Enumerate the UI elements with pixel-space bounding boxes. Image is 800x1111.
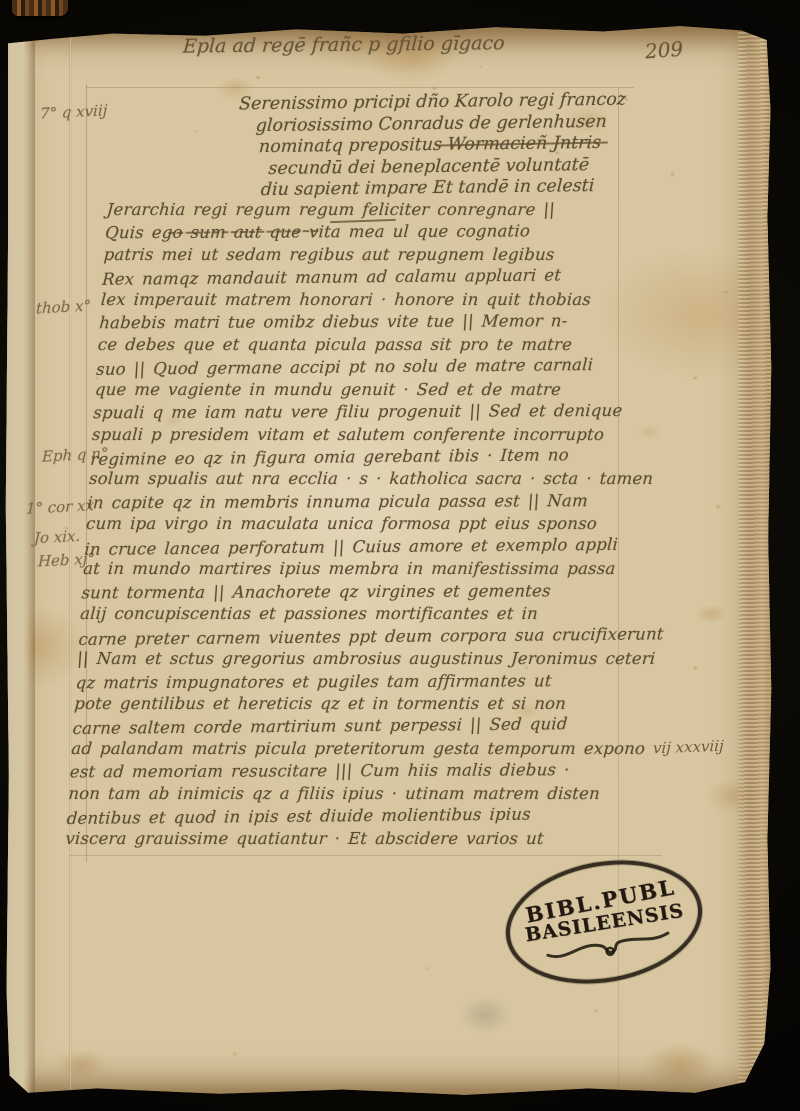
margin-note-4: 1° cor xx [26, 496, 95, 518]
page-fore-edge [738, 24, 772, 1097]
text-line: que me vagiente in mundu genuit · Sed et… [94, 379, 695, 401]
text-line: carne preter carnem viuentes ppt deum co… [78, 623, 680, 651]
text-line: in cruce lancea perforatum || Cuius amor… [84, 533, 686, 561]
dedication-heading: Serenissimo pricipi dño Karolo regi fran… [167, 89, 693, 203]
running-title: Epla ad regē frañc p gfilio gīgaco [182, 32, 483, 57]
text-line: cum ipa virgo in maculata unica formosa … [85, 513, 686, 535]
text-line: viscera grauissime quatiantur · Et absci… [65, 828, 666, 850]
margin-note-5: Jo xix. [34, 527, 81, 547]
folio-number: 209 [644, 37, 684, 64]
text-line: Rex namqz mandauit manum ad calamu applu… [101, 263, 703, 291]
text-line: Jerarchia regi regum regum feliciter con… [106, 199, 707, 221]
text-line: || Nam et sctus gregorius ambrosius augu… [76, 648, 677, 670]
margin-note-1: 7° q xviij [40, 101, 108, 123]
text-line: habebis matri tue omibz diebus vite tue … [99, 310, 700, 335]
ruling-line-top [86, 87, 634, 88]
library-stamp: BIBL.PUBL BASILEENSIS [496, 846, 712, 999]
text-line: ad palandam matris picula preteritorum g… [71, 738, 672, 760]
text-line: suo || Quod germane accipi pt no solu de… [96, 353, 698, 381]
text-line: solum spualis aut nra ecclia · s · katho… [88, 468, 689, 490]
pencil-smudge [450, 990, 520, 1040]
text-line: ce debes que et quanta picula passa sit … [97, 334, 698, 356]
text-line: in capite qz in membris innuma picula pa… [87, 490, 688, 515]
margin-note-2: thob x° [36, 297, 92, 318]
text-line: at in mundo martires ipius membra in man… [82, 558, 683, 580]
text-line: est ad memoriam resuscitare ||| Cum hiis… [69, 759, 670, 784]
text-line: sunt tormenta || Anachorete qz virgines … [81, 579, 682, 604]
text-line: lex imperauit matrem honorari · honore i… [100, 289, 701, 311]
manuscript-page: Epla ad regē frañc p gfilio gīgaco 209 7… [5, 24, 772, 1097]
text-line: qz matris impugnatores et pugiles tam af… [75, 669, 676, 694]
gutter-fold [5, 24, 35, 1097]
ruling-line-bottom [70, 855, 662, 856]
text-line: Quis ego sum aut que vita mea ul que cog… [104, 220, 705, 245]
text-line: non tam ab inimicis qz a filiis ipius · … [68, 783, 669, 805]
binding-threads [12, 0, 68, 16]
text-line: dentibus et quod in ipis est diuide moli… [66, 802, 668, 830]
text-line: alij concupiscentias et passiones mortif… [79, 603, 680, 625]
photo-background: Epla ad regē frañc p gfilio gīgaco 209 7… [0, 0, 800, 1111]
body-text-block: Jerarchia regi regum regum feliciter con… [65, 198, 708, 852]
text-line: spuali p presidem vitam et salutem confe… [91, 424, 692, 446]
text-line: spuali q me iam natu vere filiu progenui… [93, 400, 694, 425]
text-line: carne saltem corde martirium sunt perpes… [72, 713, 674, 741]
